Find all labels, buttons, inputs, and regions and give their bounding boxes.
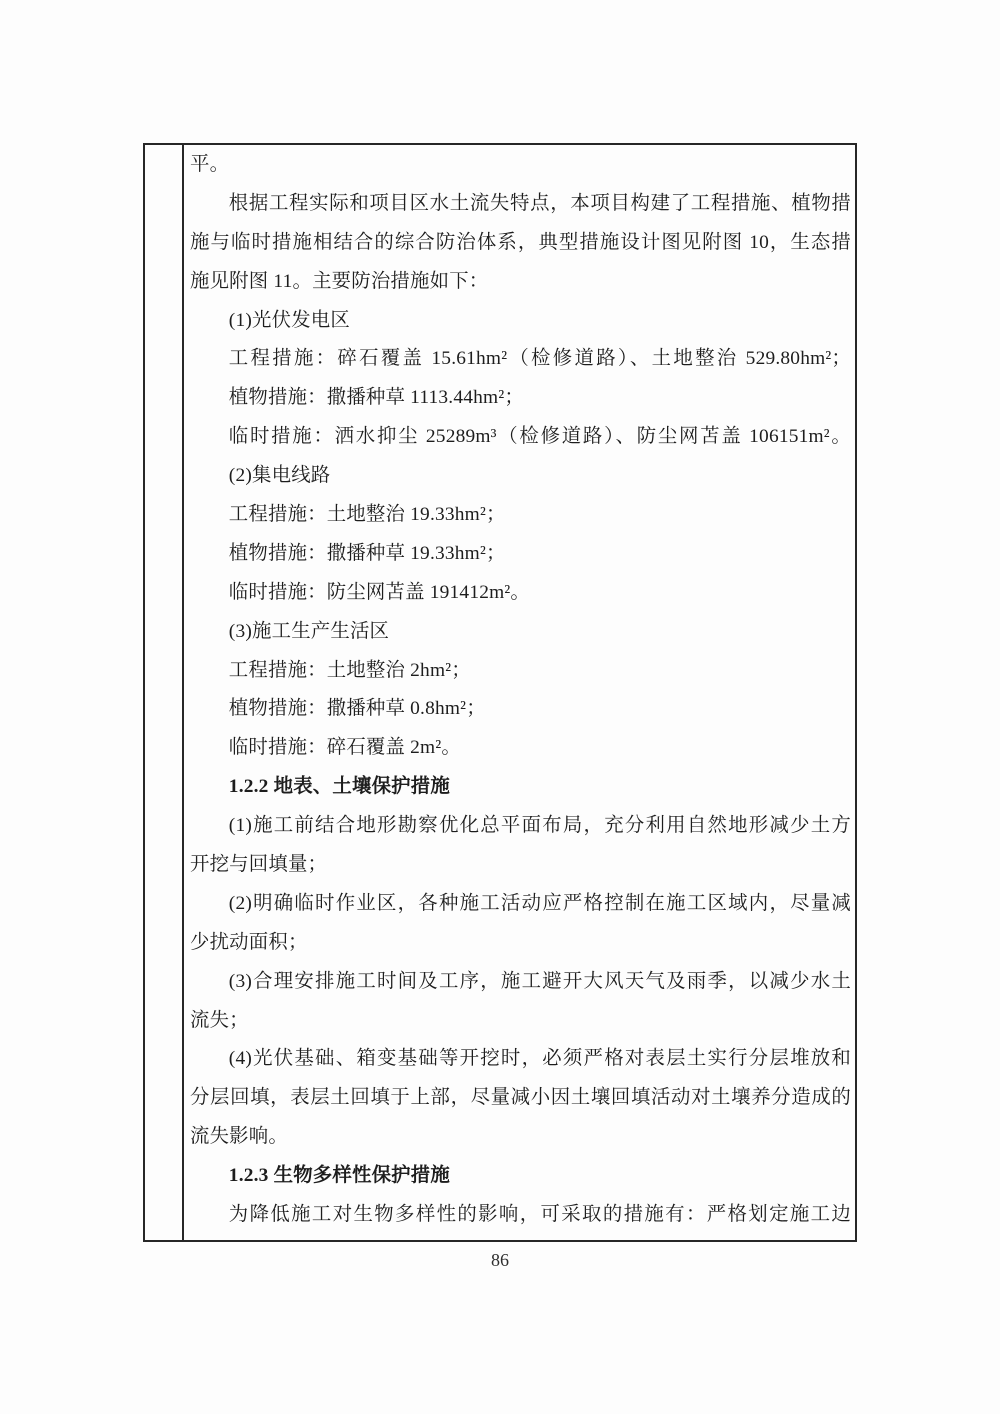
text-line: (2)明确临时作业区，各种施工活动应严格控制在施工区域内，尽量减 xyxy=(190,885,851,924)
content-table: 平。根据工程实际和项目区水土流失特点，本项目构建了工程措施、植物措施与临时措施相… xyxy=(143,143,857,1242)
text-line: 植物措施：撒播种草 19.33hm²； xyxy=(190,535,851,574)
table-content-cell: 平。根据工程实际和项目区水土流失特点，本项目构建了工程措施、植物措施与临时措施相… xyxy=(184,145,855,1240)
table-gutter-cell xyxy=(145,145,184,1240)
text-line: 临时措施：防尘网苫盖 191412m²。 xyxy=(190,574,851,613)
text-line: 植物措施：撒播种草 1113.44hm²； xyxy=(190,379,851,418)
section-heading-line: 1.2.2 地表、土壤保护措施 xyxy=(190,768,851,807)
text-line: (1)光伏发电区 xyxy=(190,302,851,341)
text-line: 施见附图 11。主要防治措施如下： xyxy=(190,263,851,302)
text-line: 平。 xyxy=(190,146,851,185)
text-line: 流失影响。 xyxy=(190,1118,851,1157)
page-number: 86 xyxy=(143,1248,857,1272)
text-line: (3)施工生产生活区 xyxy=(190,613,851,652)
text-line: (1)施工前结合地形勘察优化总平面布局，充分利用自然地形减少土方 xyxy=(190,807,851,846)
text-line: (2)集电线路 xyxy=(190,457,851,496)
section-heading-line: 1.2.3 生物多样性保护措施 xyxy=(190,1157,851,1196)
text-line: 开挖与回填量； xyxy=(190,846,851,885)
text-line: 分层回填，表层土回填于上部，尽量减小因土壤回填活动对土壤养分造成的 xyxy=(190,1079,851,1118)
text-line: 施与临时措施相结合的综合防治体系，典型措施设计图见附图 10，生态措 xyxy=(190,224,851,263)
document-page: 平。根据工程实际和项目区水土流失特点，本项目构建了工程措施、植物措施与临时措施相… xyxy=(0,0,1000,1414)
text-line: 根据工程实际和项目区水土流失特点，本项目构建了工程措施、植物措 xyxy=(190,185,851,224)
text-line: 工程措施：土地整治 2hm²； xyxy=(190,652,851,691)
text-line: 植物措施：撒播种草 0.8hm²； xyxy=(190,690,851,729)
text-line: (4)光伏基础、箱变基础等开挖时，必须严格对表层土实行分层堆放和 xyxy=(190,1040,851,1079)
text-line: 为降低施工对生物多样性的影响，可采取的措施有：严格划定施工边界， xyxy=(190,1196,851,1235)
text-line: 少扰动面积； xyxy=(190,924,851,963)
text-line: 临时措施：碎石覆盖 2m²。 xyxy=(190,729,851,768)
text-line: (3)合理安排施工时间及工序，施工避开大风天气及雨季，以减少水土 xyxy=(190,963,851,1002)
text-line: 临时措施：洒水抑尘 25289m³（检修道路）、防尘网苫盖 106151m²。 xyxy=(190,418,851,457)
text-line: 流失； xyxy=(190,1002,851,1041)
text-line: 工程措施：碎石覆盖 15.61hm²（检修道路）、土地整治 529.80hm²； xyxy=(190,340,851,379)
text-line: 工程措施：土地整治 19.33hm²； xyxy=(190,496,851,535)
